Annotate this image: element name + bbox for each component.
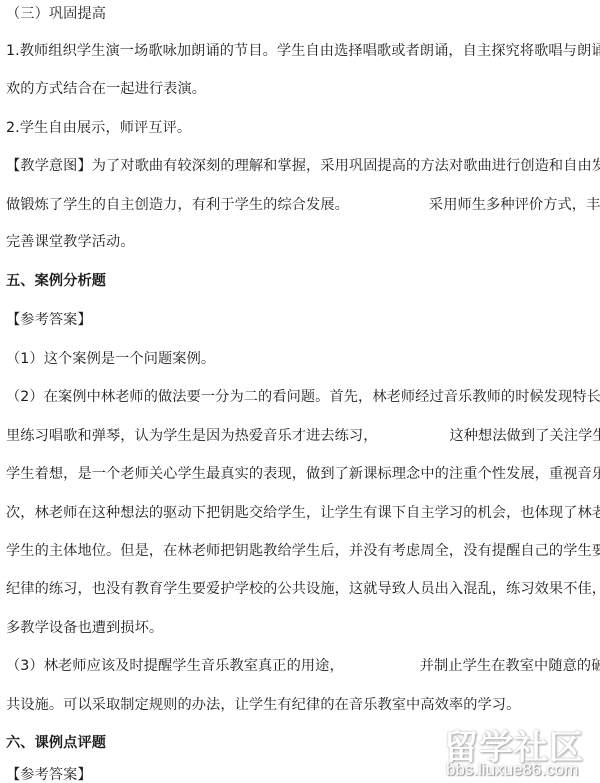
section-heading-lesson-review: 六、课例点评题 (6, 733, 598, 753)
paragraph-line: 次，林老师在这种想法的驱动下把钥匙交给学生，让学生有课下自主学习的机会，也体现了… (6, 503, 598, 523)
paragraph-line: （3）林老师应该及时提醒学生音乐教室真正的用途，并制止学生在教室中随意的破坏公 (6, 656, 598, 676)
reference-answer-label: 【参考答案】 (6, 765, 598, 783)
section-heading-consolidate: （三）巩固提高 (6, 4, 598, 24)
paragraph-line: 完善课堂教学活动。 (6, 232, 598, 252)
section-heading-case-analysis: 五、案例分析题 (6, 271, 598, 291)
paragraph-segment: （3）林老师应该及时提醒学生音乐教室真正的用途， (6, 658, 344, 674)
reference-answer-label: 【参考答案】 (6, 310, 598, 330)
paragraph-line: 2.学生自由展示，师评互评。 (6, 118, 598, 138)
paragraph-line: 学生的主体地位。但是，在林老师把钥匙教给学生后，并没有考虑周全，没有提醒自己的学… (6, 541, 598, 561)
paragraph-segment: 这种想法做到了关注学生，为 (449, 428, 600, 444)
paragraph-segment: 做锻炼了学生的自主创造力，有利于学生的综合发展。 (6, 197, 349, 213)
paragraph-line: （1）这个案例是一个问题案例。 (6, 349, 598, 369)
paragraph-line: 欢的方式结合在一起进行表演。 (6, 79, 598, 99)
paragraph-segment: 采用师生多种评价方式，丰富课堂， (429, 197, 600, 213)
paragraph-segment: 里练习唱歌和弹琴，认为学生是因为热爱音乐才进去练习， (6, 428, 377, 444)
paragraph-line: 【教学意图】为了对歌曲有较深刻的理解和掌握，采用巩固提高的方法对歌曲进行创造和自… (6, 156, 598, 176)
paragraph-line: （2）在案例中林老师的做法要一分为二的看问题。首先，林老师经过音乐教师的时候发现… (6, 387, 598, 407)
paragraph-segment: 并制止学生在教室中随意的破坏公 (420, 658, 600, 674)
paragraph-line: 纪律的练习，也没有教育学生要爱护学校的公共设施，这就导致人员出入混乱，练习效果不… (6, 579, 598, 599)
paragraph-line: 做锻炼了学生的自主创造力，有利于学生的综合发展。采用师生多种评价方式，丰富课堂， (6, 195, 598, 215)
paragraph-line: 学生着想，是一个老师关心学生最真实的表现，做到了新课标理念中的注重个性发展，重视… (6, 464, 598, 484)
paragraph-line: 里练习唱歌和弹琴，认为学生是因为热爱音乐才进去练习，这种想法做到了关注学生，为 (6, 426, 598, 446)
paragraph-line: 共设施。可以采取制定规则的办法，让学生有纪律的在音乐教室中高效率的学习。 (6, 695, 598, 715)
paragraph-line: 1.教师组织学生演一场歌咏加朗诵的节目。学生自由选择唱歌或者朗诵，自主探究将歌唱… (6, 41, 598, 61)
paragraph-line: 多教学设备也遭到损坏。 (6, 618, 598, 638)
